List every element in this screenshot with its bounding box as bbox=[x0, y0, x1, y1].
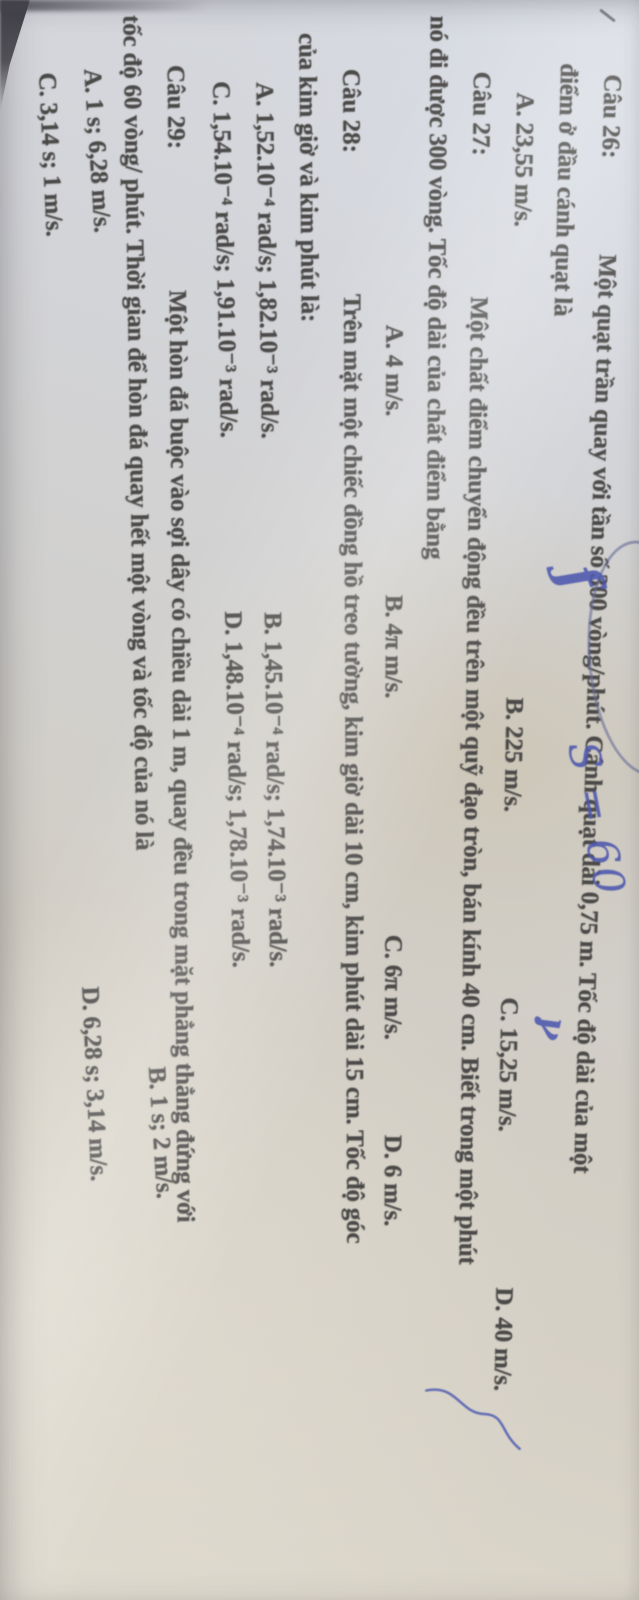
q28-text: Trên mặt một chiếc đồng hồ treo tường, k… bbox=[334, 294, 371, 1244]
q26-option-b: B. 225 m/s. bbox=[495, 697, 531, 812]
q26-cont: điểm ở đầu cánh quạt là bbox=[545, 63, 586, 317]
exam-paper-photo: Câu 26: Một quạt trần quay với tần số 30… bbox=[0, 0, 639, 1600]
q27-option-c: C. 6π m/s. bbox=[375, 935, 409, 1040]
q28-option-b: B. 1,45.10⁻⁴ rad/s; 1,74.10⁻³ rad/s. bbox=[255, 612, 295, 968]
pen-squiggle-mark bbox=[416, 1380, 529, 1463]
q29-label: Câu 29: bbox=[158, 65, 193, 149]
q26-option-d: D. 40 m/s. bbox=[485, 1287, 521, 1391]
q28-label: Câu 28: bbox=[333, 69, 367, 153]
photo-edge-shadow bbox=[0, 0, 210, 11]
q29-option-c: C. 3,14 s; 1 m/s. bbox=[29, 72, 71, 237]
q27-label: Câu 27: bbox=[463, 71, 498, 155]
q27-options-line: A. 4 m/s. B. 4π m/s. C. 6π m/s. D. 6 m/s… bbox=[368, 0, 411, 1595]
q28-option-a: A. 1,52.10⁻⁴ rad/s; 1,82.10⁻³ rad/s. bbox=[247, 82, 287, 439]
q27-option-b: B. 4π m/s. bbox=[376, 595, 410, 698]
q27-cont: nó đi được 300 vòng. Tốc độ dài của chất… bbox=[417, 16, 455, 560]
q27-option-d: D. 6 m/s. bbox=[375, 1135, 409, 1226]
exam-document: Câu 26: Một quạt trần quay với tần số 30… bbox=[0, 0, 639, 1600]
q26-option-a: A. 23,55 m/s. bbox=[505, 92, 541, 227]
q27-option-a: A. 4 m/s. bbox=[376, 325, 410, 416]
q28-option-c: C. 1,54.10⁻⁴ rad/s; 1,91.10⁻³ rad/s. bbox=[203, 81, 245, 438]
q26-option-c: C. 15,25 m/s. bbox=[489, 997, 525, 1132]
q29-option-d: D. 6,28 s; 3,14 m/s. bbox=[72, 986, 115, 1182]
q26-label: Câu 26: bbox=[593, 74, 629, 159]
q28-cont: của kim giờ và kim phút là: bbox=[289, 33, 326, 322]
